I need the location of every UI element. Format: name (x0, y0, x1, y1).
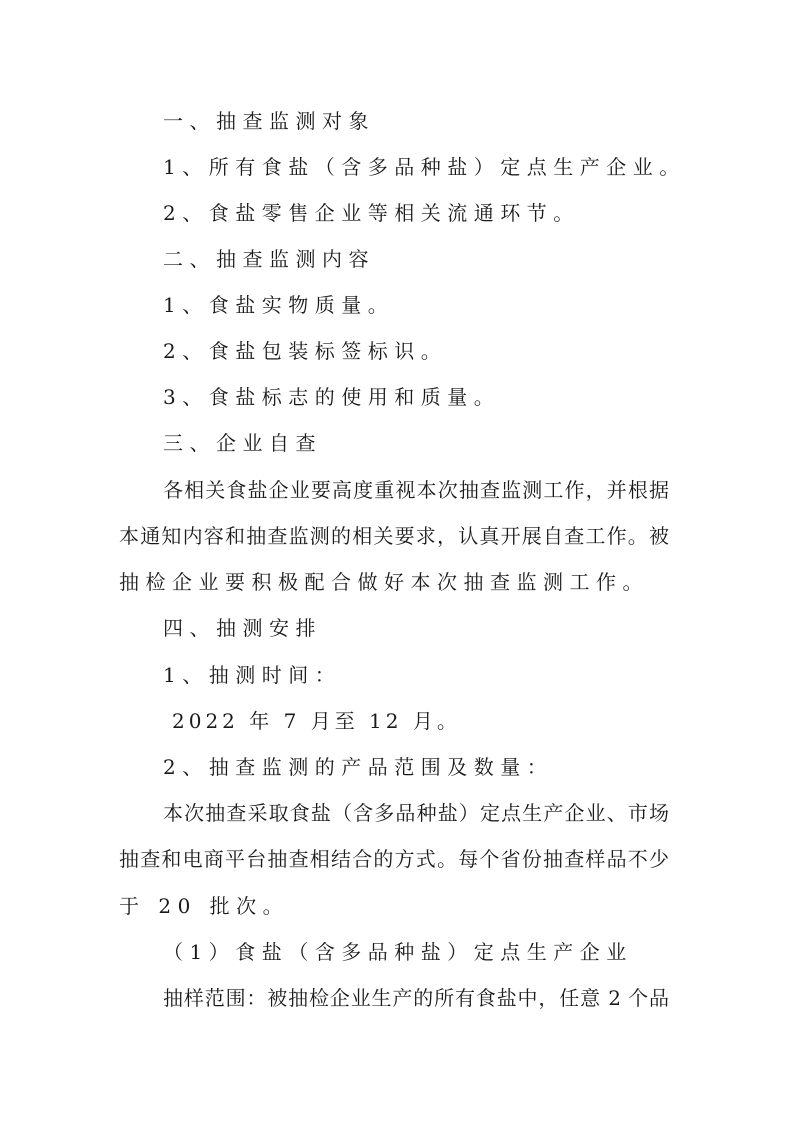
paragraph-line: 各相关食盐企业要高度重视本次抽查监测工作，并根据 (163, 475, 669, 505)
subsection-heading: （1）食盐（含多品种盐）定点生产企业 (163, 937, 723, 967)
list-item: 2、食盐包装标签标识。 (163, 336, 723, 366)
section-heading-2: 二、抽查监测内容 (163, 244, 723, 274)
list-item: 2、抽查监测的产品范围及数量： (163, 752, 723, 782)
section-heading-3: 三、企业自查 (163, 428, 723, 458)
document-page: 一、抽查监测对象 1、所有食盐（含多品种盐）定点生产企业。 2、食盐零售企业等相… (0, 0, 800, 1131)
list-item: 2、食盐零售企业等相关流通环节。 (163, 198, 723, 228)
list-item: 1、所有食盐（含多品种盐）定点生产企业。 (163, 152, 723, 182)
paragraph-line: 本通知内容和抽查监测的相关要求，认真开展自查工作。被 (119, 521, 669, 551)
section-heading-4: 四、抽测安排 (163, 613, 723, 643)
list-item: 1、抽测时间： (163, 660, 723, 690)
list-item: 1、食盐实物质量。 (163, 290, 723, 320)
paragraph-line: 抽样范围：被抽检企业生产的所有食盐中，任意 2 个品 (163, 983, 669, 1013)
date-range: 2022 年 7 月至 12 月。 (172, 706, 732, 736)
paragraph-line: 本次抽查采取食盐（含多品种盐）定点生产企业、市场 (163, 798, 669, 828)
section-heading-1: 一、抽查监测对象 (163, 106, 723, 136)
paragraph-line: 于 20 批次。 (119, 891, 679, 921)
paragraph-line: 抽检企业要积极配合做好本次抽查监测工作。 (119, 567, 679, 597)
paragraph-line: 抽查和电商平台抽查相结合的方式。每个省份抽查样品不少 (119, 844, 669, 874)
list-item: 3、食盐标志的使用和质量。 (163, 382, 723, 412)
